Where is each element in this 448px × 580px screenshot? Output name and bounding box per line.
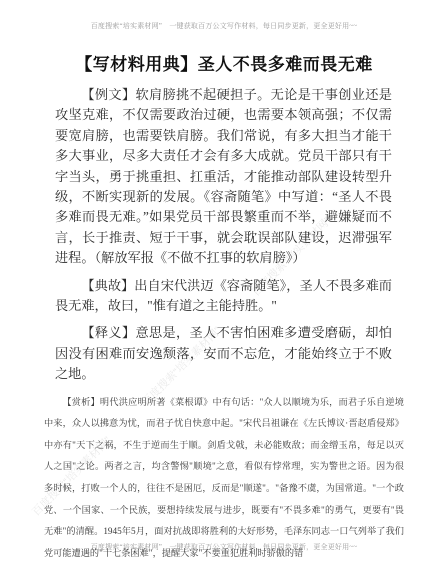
- paragraph-example-liwen: 【例文】软肩膀挑不起硬担子。无论是干事创业还是攻坚克难，不仅需要政治过硬，也需要…: [55, 85, 392, 269]
- paragraph-appreciation-shangxi: 【赏析】明代洪应明所著《菜根谭》中有句话："众人以顺境为乐，而君子乐自逆境中来，…: [44, 392, 404, 565]
- document-body: 【例文】软肩膀挑不起硬担子。无论是干事创业还是攻坚克难，不仅需要政治过硬，也需要…: [0, 76, 448, 564]
- header-note: 百度搜索“培实素材网” 一键获取百万公文写作材料，每日同步更新，更全更好用~~: [0, 21, 448, 31]
- document-page: 百度搜索“培实素材网” 百度搜索“培实素材网” 百度搜索“培实素材网” 百度搜索…: [0, 0, 448, 580]
- paragraph-allusion-diangu: 【典故】出自宋代洪迈《容斋随笔》，圣人不畏多难而畏无难，故曰，"惟有道之主能持胜…: [55, 276, 392, 317]
- page-title: 【写材料用典】圣人不畏多难而畏无难: [0, 0, 448, 76]
- paragraph-meaning-shiyi: 【释义】意思是，圣人不害怕困难多遭受磨砺，却怕因没有困难而安逸颓落，安而不忘危，…: [55, 323, 392, 384]
